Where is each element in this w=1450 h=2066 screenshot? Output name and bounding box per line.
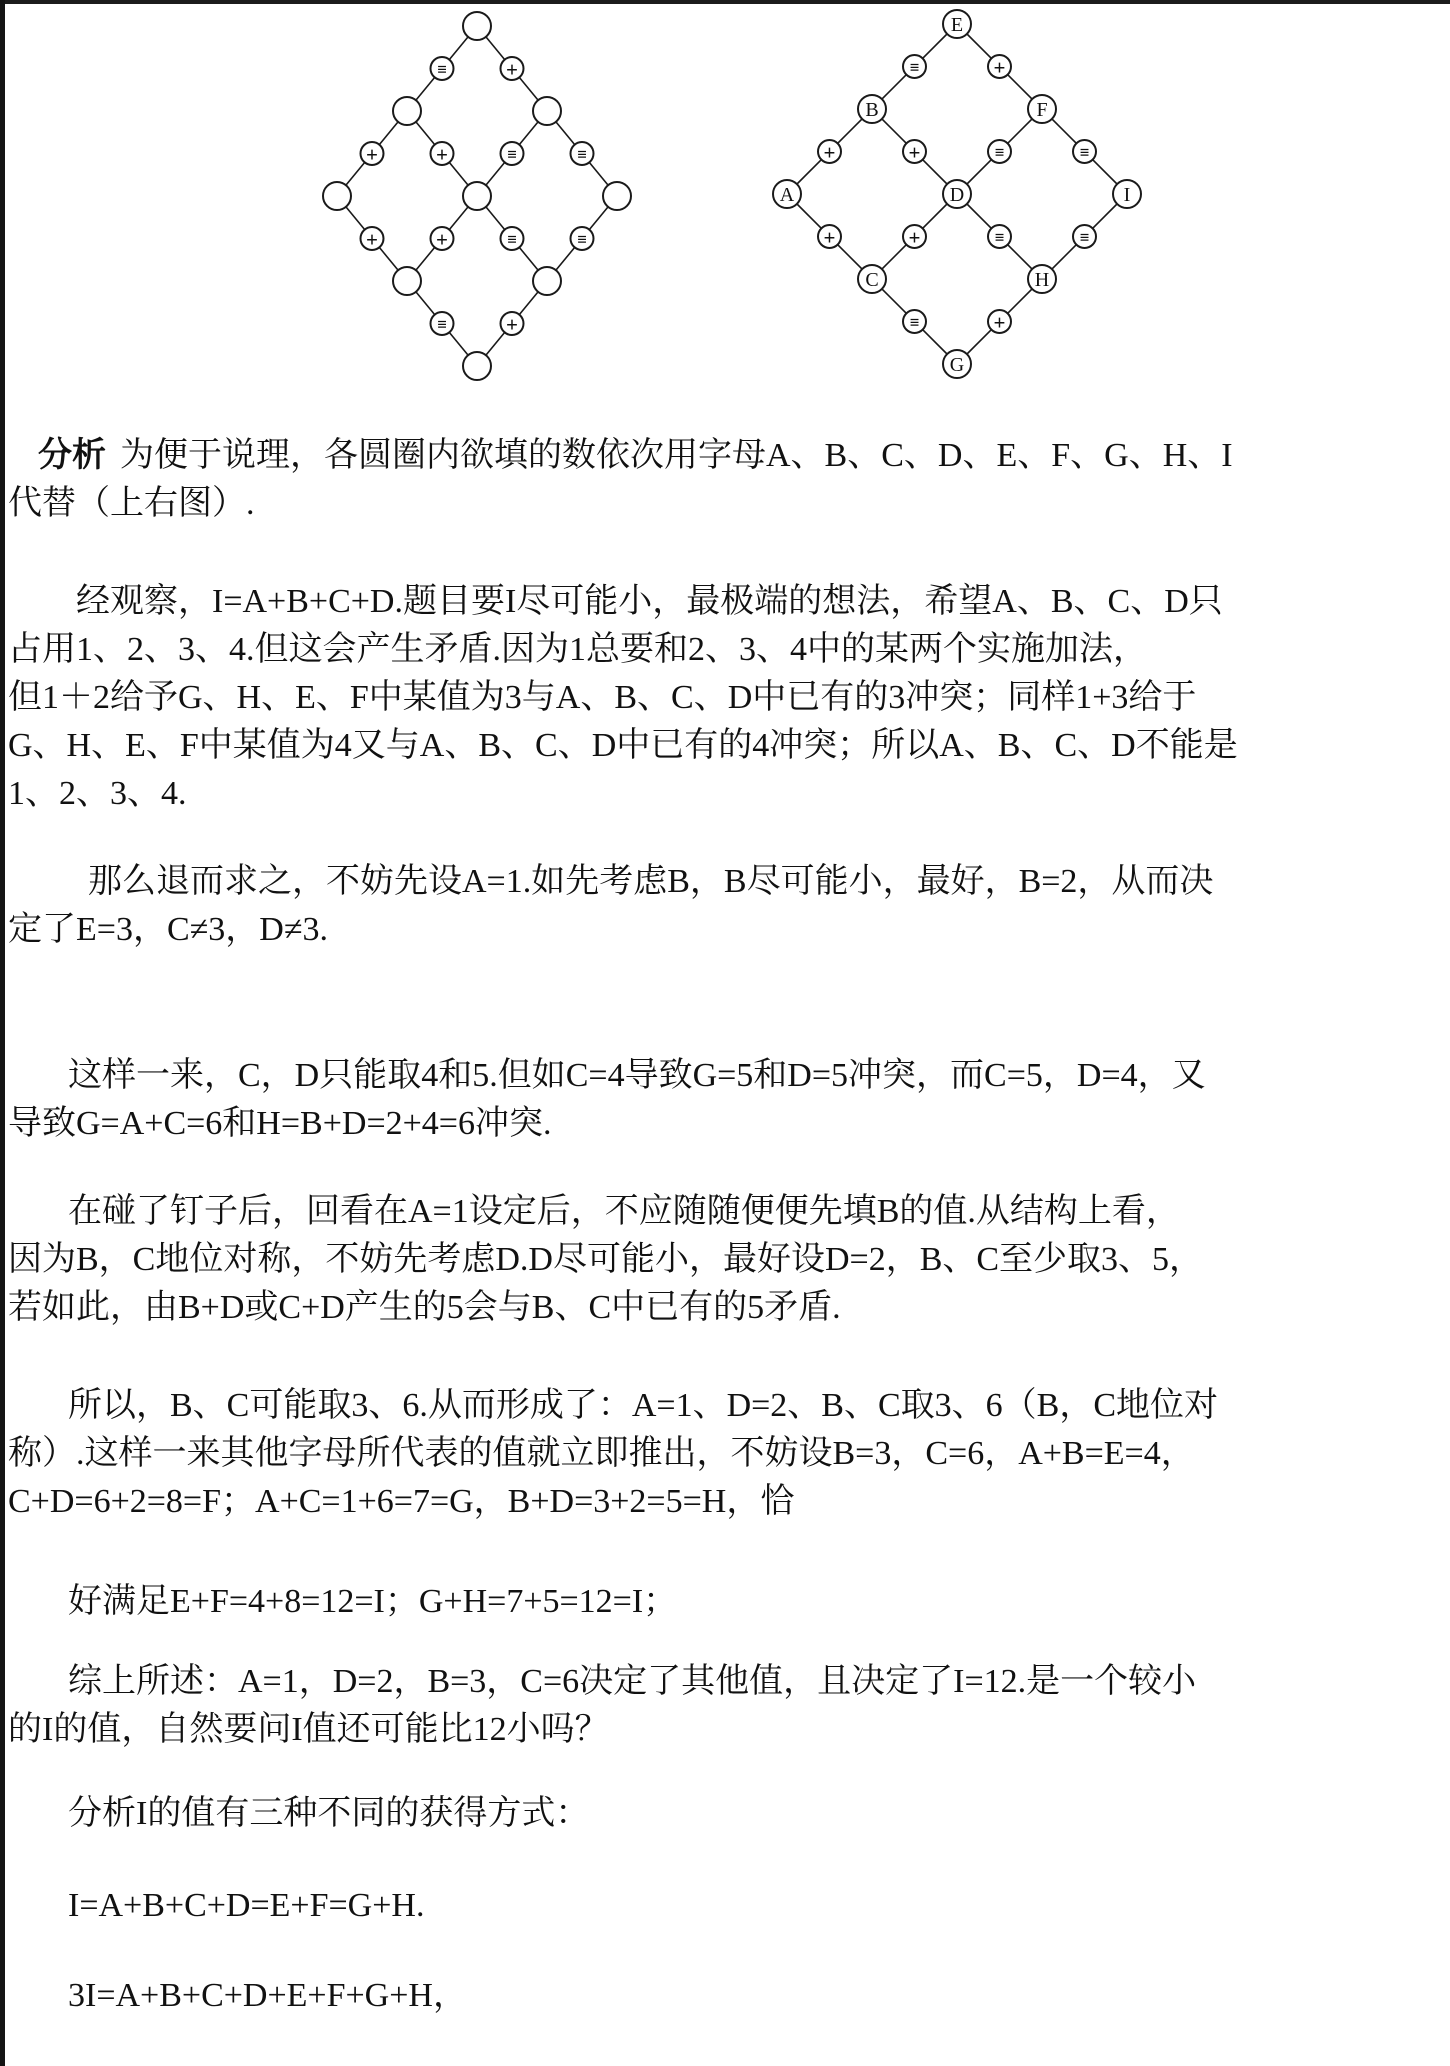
text-line: G、H、E、F中某值为4又与A、B、C、D中已有的4冲突；所以A、B、C、D不能… <box>8 722 1444 770</box>
text-line: 这样一来，C，D只能取4和5.但如C=4导致G=5和D=5冲突，而C=5，D=4… <box>8 1052 1444 1100</box>
value-letter: F <box>1036 99 1047 121</box>
value-letter: H <box>1035 269 1049 291</box>
paragraph-equation-i: I=A+B+C+D=E+F=G+H. <box>8 1882 1444 1930</box>
text-line: 因为B，C地位对称，不妨先考虑D.D尽可能小，最好设D=2，B、C至少取3、5， <box>8 1236 1444 1284</box>
value-circle <box>393 267 421 295</box>
paragraph-three-ways: 分析I的值有三种不同的获得方式： <box>8 1790 1444 1838</box>
op-symbol: + <box>506 58 518 82</box>
op-symbol: + <box>436 143 448 167</box>
text-line: 分析为便于说理，各圆圈内欲填的数依次用字母A、B、C、D、E、F、G、H、I <box>8 432 1444 480</box>
op-symbol: ≡ <box>577 145 587 164</box>
value-letter: G <box>950 354 964 376</box>
value-letter: D <box>950 184 964 206</box>
paragraph-verification: 好满足E+F=4+8=12=I；G+H=7+5=12=I； <box>8 1578 1444 1626</box>
op-symbol: ≡ <box>1080 228 1090 247</box>
paragraph-cd-conflict: 这样一来，C，D只能取4和5.但如C=4导致G=5和D=5冲突，而C=5，D=4… <box>8 1052 1444 1148</box>
value-circle <box>463 12 491 40</box>
paragraph-observation: 经观察，I=A+B+C+D.题目要I尽可能小，最极端的想法，希望A、B、C、D只… <box>8 578 1444 818</box>
value-circle <box>463 182 491 210</box>
value-letter: I <box>1124 184 1131 206</box>
op-symbol: + <box>366 143 378 167</box>
top-border-line <box>0 0 1450 4</box>
op-symbol: ≡ <box>437 315 447 334</box>
paragraph-analysis-intro: 分析为便于说理，各圆圈内欲填的数依次用字母A、B、C、D、E、F、G、H、I 代… <box>8 432 1444 528</box>
diagram-blank-lattice: ≡ + + + ≡ ≡ + + ≡ ≡ ≡ + <box>322 6 632 386</box>
value-circles: E B F A D I C H G <box>773 10 1141 378</box>
op-symbol: + <box>994 311 1006 335</box>
text-line: I=A+B+C+D=E+F=G+H. <box>8 1882 1444 1930</box>
op-symbol: ≡ <box>910 313 920 332</box>
op-symbol: + <box>824 226 836 250</box>
op-symbol: ≡ <box>910 58 920 77</box>
paragraph-try-a1: 那么退而求之，不妨先设A=1.如先考虑B，B尽可能小，最好，B=2，从而决 定了… <box>8 858 1444 954</box>
diagram-lettered-lattice: E B F A D I C H G ≡ + + + ≡ ≡ + + ≡ <box>772 4 1142 384</box>
paragraph-equation-3i: 3I=A+B+C+D+E+F+G+H， <box>8 1972 1444 2020</box>
analysis-label: 分析 <box>38 437 106 474</box>
paragraph-solution: 所以，B、C可能取3、6.从而形成了：A=1、D=2、B、C取3、6（B，C地位… <box>8 1382 1444 1526</box>
value-circle <box>393 97 421 125</box>
text-line: 为便于说理，各圆圈内欲填的数依次用字母A、B、C、D、E、F、G、H、I <box>120 437 1233 474</box>
text-line: 导致G=A+C=6和H=B+D=2+4=6冲突. <box>8 1100 1444 1148</box>
text-line: 称）.这样一来其他字母所代表的值就立即推出，不妨设B=3，C=6，A+B=E=4… <box>8 1430 1444 1478</box>
value-letter: E <box>951 14 963 36</box>
text-line: 但1＋2给予G、H、E、F中某值为3与A、B、C、D中已有的3冲突；同样1+3给… <box>8 674 1444 722</box>
op-symbol: ≡ <box>507 230 517 249</box>
paragraph-conclusion: 综上所述：A=1，D=2，B=3，C=6决定了其他值，且决定了I=12.是一个较… <box>8 1658 1444 1754</box>
value-circle <box>323 182 351 210</box>
op-symbol: + <box>994 56 1006 80</box>
text-line: 综上所述：A=1，D=2，B=3，C=6决定了其他值，且决定了I=12.是一个较… <box>8 1658 1444 1706</box>
text-line: 若如此，由B+D或C+D产生的5会与B、C中已有的5矛盾. <box>8 1284 1444 1332</box>
op-symbol: ≡ <box>995 228 1005 247</box>
text-line: 3I=A+B+C+D+E+F+G+H， <box>8 1972 1444 2020</box>
value-circle <box>603 182 631 210</box>
value-circle <box>463 352 491 380</box>
text-line: 分析I的值有三种不同的获得方式： <box>8 1790 1444 1838</box>
text-line: 的I的值，自然要问I值还可能比12小吗？ <box>8 1706 1444 1754</box>
value-circles <box>323 12 631 380</box>
text-line: C+D=6+2=8=F；A+C=1+6=7=G，B+D=3+2=5=H，恰 <box>8 1478 1444 1526</box>
value-letter: C <box>865 269 878 291</box>
op-symbol: ≡ <box>1080 143 1090 162</box>
value-letter: A <box>780 184 795 206</box>
text-line: 所以，B、C可能取3、6.从而形成了：A=1、D=2、B、C取3、6（B，C地位… <box>8 1382 1444 1430</box>
text-line: 定了E=3，C≠3，D≠3. <box>8 906 1444 954</box>
text-line: 1、2、3、4. <box>8 770 1444 818</box>
op-symbol: + <box>909 226 921 250</box>
left-border-line <box>0 0 5 2066</box>
value-circle <box>533 97 561 125</box>
op-symbol: ≡ <box>577 230 587 249</box>
value-circle <box>533 267 561 295</box>
text-line: 占用1、2、3、4.但这会产生矛盾.因为1总要和2、3、4中的某两个实施加法， <box>8 626 1444 674</box>
text-line: 在碰了钉子后，回看在A=1设定后，不应随随便便先填B的值.从结构上看， <box>8 1188 1444 1236</box>
page: { "diagrams": { "left": { "ops": ["≡","+… <box>0 0 1450 2066</box>
op-symbol: + <box>824 141 836 165</box>
text-line: 好满足E+F=4+8=12=I；G+H=7+5=12=I； <box>8 1578 1444 1626</box>
op-symbol: ≡ <box>507 145 517 164</box>
paragraph-reconsider-d: 在碰了钉子后，回看在A=1设定后，不应随随便便先填B的值.从结构上看， 因为B，… <box>8 1188 1444 1332</box>
op-symbol: ≡ <box>995 143 1005 162</box>
op-symbol: + <box>436 228 448 252</box>
op-symbol: ≡ <box>437 60 447 79</box>
op-symbol: + <box>909 141 921 165</box>
text-line: 经观察，I=A+B+C+D.题目要I尽可能小，最极端的想法，希望A、B、C、D只 <box>8 578 1444 626</box>
op-symbol: + <box>366 228 378 252</box>
value-letter: B <box>865 99 878 121</box>
text-line: 代替（上右图）. <box>8 480 1444 528</box>
op-symbol: + <box>506 313 518 337</box>
text-line: 那么退而求之，不妨先设A=1.如先考虑B，B尽可能小，最好，B=2，从而决 <box>8 858 1444 906</box>
